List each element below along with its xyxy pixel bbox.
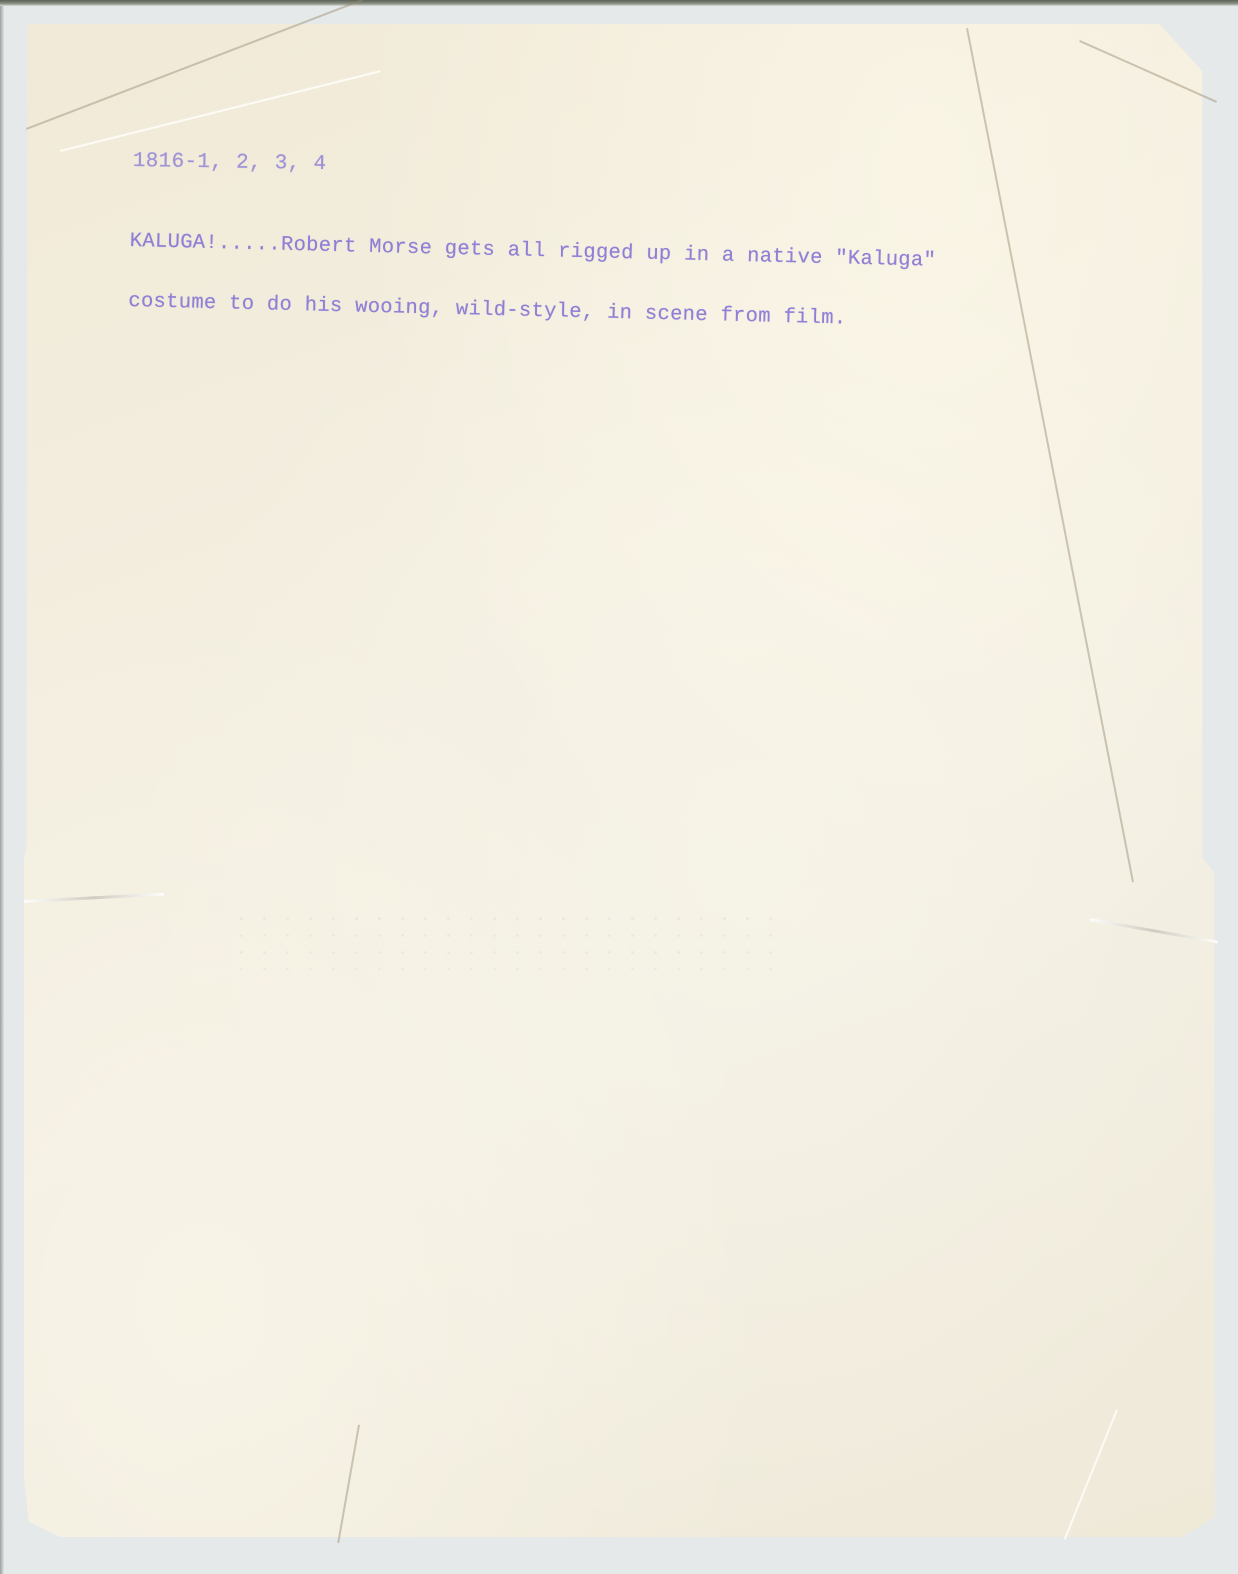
caption-line: costume to do his wooing, wild-style, in… — [128, 292, 935, 332]
bleed-through-text — [230, 910, 790, 970]
caption-line: KALUGA!.....Robert Morse gets all rigged… — [130, 232, 937, 272]
photo-caption: KALUGA!.....Robert Morse gets all rigged… — [128, 192, 938, 352]
scanner-edge-top — [0, 0, 1238, 6]
photo-reference-number: 1816-1, 2, 3, 4 — [133, 150, 327, 176]
scanner-edge-left — [0, 6, 4, 1574]
